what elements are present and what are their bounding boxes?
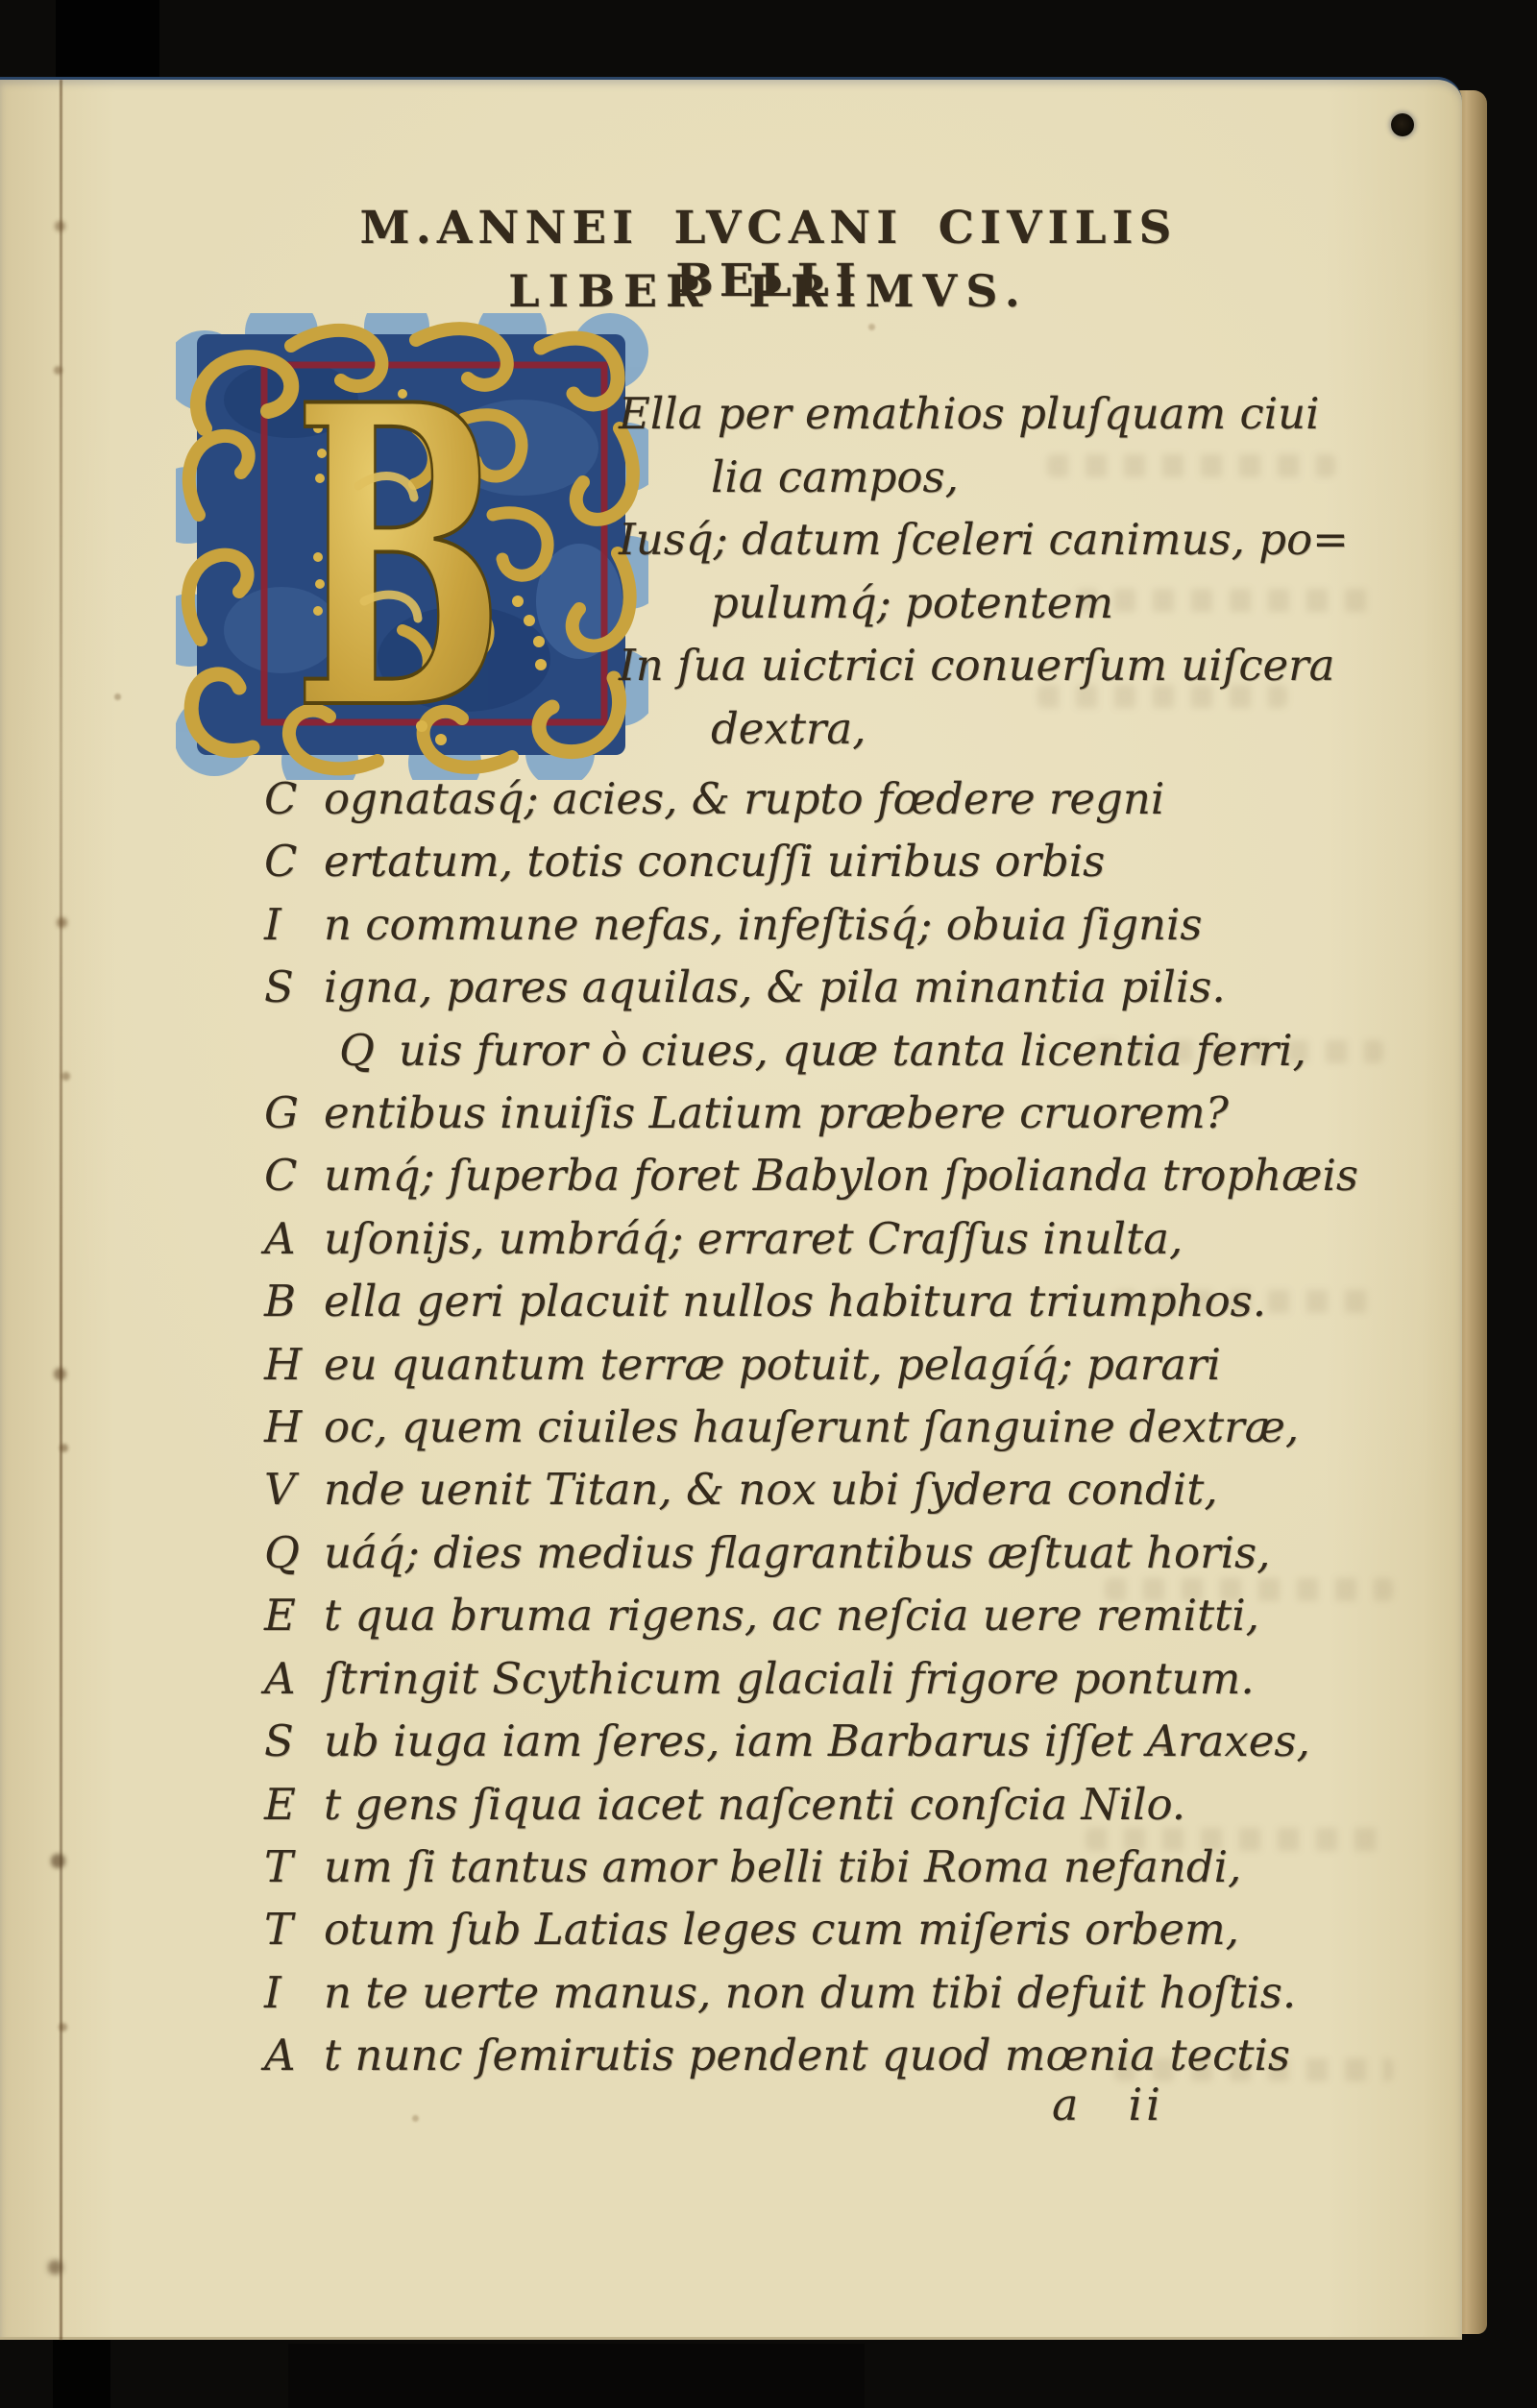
illuminated-initial: B bbox=[176, 313, 648, 780]
verse-text: oc, quem ciuiles hauſerunt ſanguine dext… bbox=[324, 1401, 1299, 1452]
foxing-spots bbox=[0, 80, 5, 85]
verse-capital: I bbox=[264, 893, 324, 956]
verse-text: t qua bruma rigens, ac neſcia uere remit… bbox=[324, 1590, 1259, 1641]
verse-text: dextra, bbox=[711, 703, 866, 754]
signature-letter: a bbox=[1052, 2079, 1078, 2130]
illuminated-initial-art: B bbox=[176, 313, 648, 780]
backdrop-shadow-topleft bbox=[56, 0, 159, 79]
opening-verse-line: lia campos, bbox=[711, 446, 1397, 509]
verse-line: Heu quantum terræ potuit, pelagíq́; para… bbox=[264, 1333, 1417, 1396]
opening-verse-block: Ella per emathios pluſquam ciui lia camp… bbox=[619, 382, 1397, 760]
verse-capital: C bbox=[264, 767, 324, 830]
verse-capital: Q bbox=[339, 1019, 399, 1082]
verse-capital: C bbox=[264, 830, 324, 892]
verse-line: Et gens ſiqua iacet naſcenti conſcia Nil… bbox=[264, 1773, 1417, 1836]
verse-capital: G bbox=[264, 1082, 324, 1144]
backdrop-shadow-bottom-2 bbox=[288, 2344, 865, 2408]
initial-letter: B bbox=[293, 316, 504, 780]
verse-capital: Q bbox=[264, 1521, 324, 1584]
verse-line: Auſonijs, umbráq́; erraret Craſſus inult… bbox=[264, 1207, 1417, 1270]
verse-text: t nunc ſemirutis pendent quod mœnia tect… bbox=[324, 2030, 1290, 2080]
verse-text: uis furor ò ciues, quæ tanta licentia fe… bbox=[399, 1025, 1306, 1076]
verse-capital: C bbox=[264, 1144, 324, 1206]
opening-verse-line: Iusq́; datum ſceleri canimus, po= bbox=[619, 508, 1397, 572]
verse-line: Signa, pares aquilas, & pila minantia pi… bbox=[264, 956, 1417, 1018]
verse-line: Bella geri placuit nullos habitura trium… bbox=[264, 1270, 1417, 1332]
verse-text: um ſi tantus amor belli tibi Roma nefand… bbox=[324, 1841, 1241, 1892]
verse-line: Quis furor ò ciues, quæ tanta licentia f… bbox=[339, 1019, 1417, 1082]
verse-text: Iusq́; datum ſceleri canimus, po= bbox=[619, 514, 1349, 565]
verse-line: Certatum, totis concuſſi uiribus orbis bbox=[264, 830, 1417, 892]
verse-capital: A bbox=[264, 2024, 324, 2086]
verse-line: Totum ſub Latias leges cum miſeris orbem… bbox=[264, 1898, 1417, 1960]
verse-text: igna, pares aquilas, & pila minantia pil… bbox=[324, 961, 1226, 1012]
verse-text: In ſua uictrici conuerſum uiſcera bbox=[619, 640, 1335, 691]
verse-text: n commune nefas, infeſtisq́; obuia ſigni… bbox=[324, 899, 1203, 950]
verse-line: Cumq́; ſuperba foret Babylon ſpolianda t… bbox=[264, 1144, 1417, 1206]
verse-capital: E bbox=[264, 1773, 324, 1836]
book-subtitle: LIBER PRIMVS. bbox=[288, 265, 1249, 317]
verse-text: umq́; ſuperba foret Babylon ſpolianda tr… bbox=[324, 1150, 1358, 1201]
verse-block: Cognatasq́; acies, & rupto fœdere regni … bbox=[264, 767, 1417, 2087]
verse-capital: H bbox=[264, 1396, 324, 1458]
verse-text: uſonijs, umbráq́; erraret Craſſus inulta… bbox=[324, 1213, 1183, 1264]
verse-text: entibus inuiſis Latium præbere cruorem? bbox=[324, 1087, 1229, 1138]
verse-capital: V bbox=[264, 1458, 324, 1520]
verse-line: Hoc, quem ciuiles hauſerunt ſanguine dex… bbox=[264, 1396, 1417, 1458]
signature-numeral: ii bbox=[1128, 2079, 1163, 2130]
verse-capital: T bbox=[264, 1898, 324, 1960]
verse-line: In commune nefas, infeſtisq́; obuia ſign… bbox=[264, 893, 1417, 956]
verse-line: Quáq́; dies medius flagrantibus æſtuat h… bbox=[264, 1521, 1417, 1584]
verse-line: In te uerte manus, non dum tibi defuit h… bbox=[264, 1961, 1417, 2024]
verse-capital: A bbox=[264, 1647, 324, 1710]
opening-verse-line: In ſua uictrici conuerſum uiſcera bbox=[619, 634, 1397, 697]
verse-capital: T bbox=[264, 1836, 324, 1898]
verse-line: Cognatasq́; acies, & rupto fœdere regni bbox=[264, 767, 1417, 830]
verse-capital: I bbox=[264, 1961, 324, 2024]
verse-text: Ella per emathios pluſquam ciui bbox=[619, 388, 1320, 439]
verse-text: otum ſub Latias leges cum miſeris orbem, bbox=[324, 1904, 1239, 1955]
verse-text: eu quantum terræ potuit, pelagíq́; parar… bbox=[324, 1339, 1221, 1390]
verse-text: ella geri placuit nullos habitura triump… bbox=[324, 1276, 1266, 1326]
verse-capital: S bbox=[264, 956, 324, 1018]
verse-text: nde uenit Titan, & nox ubi ſydera condit… bbox=[324, 1464, 1218, 1515]
verse-capital: H bbox=[264, 1333, 324, 1396]
verse-text: uáq́; dies medius flagrantibus æſtuat ho… bbox=[324, 1527, 1270, 1578]
opening-verse-line: Ella per emathios pluſquam ciui bbox=[619, 382, 1397, 446]
binding-crease bbox=[60, 80, 62, 2340]
verse-text: pulumq́; potentem bbox=[711, 577, 1113, 628]
verse-capital: B bbox=[264, 1270, 324, 1332]
opening-verse-line: pulumq́; potentem bbox=[711, 572, 1397, 635]
verse-line: Et qua bruma rigens, ac neſcia uere remi… bbox=[264, 1584, 1417, 1646]
backdrop-shadow-bottom bbox=[53, 2332, 110, 2408]
verse-line: Gentibus inuiſis Latium præbere cruorem? bbox=[264, 1082, 1417, 1144]
verse-line: Vnde uenit Titan, & nox ubi ſydera condi… bbox=[264, 1458, 1417, 1520]
verse-text: ognatasq́; acies, & rupto fœdere regni bbox=[324, 773, 1164, 824]
verse-line: Aſtringit Scythicum glaciali frigore pon… bbox=[264, 1647, 1417, 1710]
wormhole-dot bbox=[1391, 113, 1414, 136]
opening-verse-line: dextra, bbox=[711, 697, 1397, 761]
verse-capital: E bbox=[264, 1584, 324, 1646]
verse-text: t gens ſiqua iacet naſcenti conſcia Nilo… bbox=[324, 1779, 1185, 1830]
verse-text: ertatum, totis concuſſi uiribus orbis bbox=[324, 836, 1105, 887]
verse-text: ub iuga iam ſeres, iam Barbarus iſſet Ar… bbox=[324, 1715, 1310, 1766]
verse-text: n te uerte manus, non dum tibi defuit ho… bbox=[324, 1967, 1296, 2018]
verse-capital: A bbox=[264, 1207, 324, 1270]
verse-text: ſtringit Scythicum glaciali frigore pont… bbox=[324, 1653, 1255, 1704]
verse-capital: S bbox=[264, 1710, 324, 1772]
verse-line: Sub iuga iam ſeres, iam Barbarus iſſet A… bbox=[264, 1710, 1417, 1772]
verse-line: Tum ſi tantus amor belli tibi Roma nefan… bbox=[264, 1836, 1417, 1898]
verse-text: lia campos, bbox=[711, 451, 959, 502]
verse-line: At nunc ſemirutis pendent quod mœnia tec… bbox=[264, 2024, 1417, 2086]
signature-mark: aii bbox=[1052, 2079, 1302, 2130]
